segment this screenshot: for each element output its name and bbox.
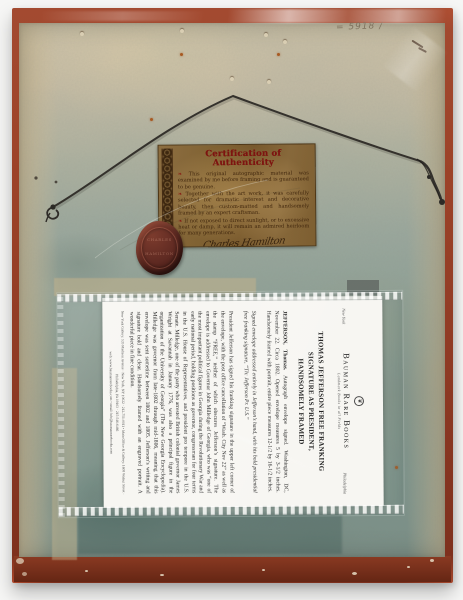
sleeve-edge-left: [57, 293, 65, 517]
certification-title: Certification of Authenticity: [178, 149, 309, 169]
paint-chip: [16, 558, 24, 564]
paint-chip: [407, 566, 410, 568]
brand-header: ❦ Bauman Rare Books Landmark Books in al…: [336, 310, 371, 492]
certification-sentence: This original autographic material was e…: [178, 170, 309, 190]
item-author: JEFFERSON, Thomas.: [281, 311, 287, 371]
paint-chip: [262, 569, 265, 571]
item-title-line: THOMAS JEFFERSON FREE FRANKING: [315, 310, 326, 492]
rust-spot: [180, 53, 183, 56]
paint-chip: [352, 572, 357, 575]
nail-hole: [230, 77, 234, 81]
brand-name: Bauman Rare Books: [341, 310, 352, 492]
bauman-emblem-icon: ❦: [354, 396, 364, 406]
item-lead-paragraph: Signed envelope addressed entirely in Je…: [241, 311, 257, 493]
card-footer: New York Gallery: 535 Madison Avenue · N…: [107, 306, 127, 500]
paint-chip: [160, 574, 164, 576]
description-card: New York Philadelphia ❦ Bauman Rare Book…: [102, 296, 383, 508]
rust-spot: [150, 118, 153, 121]
certification-sentence: Together with the art work, it was caref…: [178, 190, 309, 217]
seal-text: CHARLES: [136, 237, 183, 242]
framed-item-back-photo: = 5918 / New York Philadelphia ❦ Bauman …: [0, 0, 463, 600]
footer-addresses: New York Gallery: 535 Madison Avenue · N…: [113, 306, 127, 500]
nail-hole: [283, 40, 287, 44]
paint-chip: [85, 570, 88, 572]
nail-hole: [180, 29, 184, 33]
nail-hole: [267, 80, 271, 84]
nail-hole: [80, 32, 84, 36]
seal-text: HAMILTON: [136, 251, 183, 256]
certification-label: Certification of Authenticity This origi…: [158, 143, 317, 247]
paint-chip: [22, 572, 27, 576]
card-location-right: Philadelphia: [342, 473, 347, 495]
rust-spot: [277, 53, 280, 56]
wax-seal: CHARLES HAMILTON: [136, 221, 183, 275]
paint-chip: [430, 559, 434, 562]
frame-bottom-edge: [14, 556, 451, 582]
item-body-paragraph: President Jefferson has signed his frank…: [127, 311, 235, 494]
plastic-sleeve: New York Philadelphia ❦ Bauman Rare Book…: [56, 290, 405, 518]
item-heading-paragraph: JEFFERSON, Thomas. Autograph envelope si…: [264, 311, 288, 493]
card-location-left: New York: [341, 308, 346, 324]
stain-dark-band: [78, 512, 342, 554]
sleeve-zip-bottom: [59, 505, 404, 516]
pencil-inscription: = 5918 /: [336, 21, 384, 33]
nail-hole: [264, 33, 268, 37]
